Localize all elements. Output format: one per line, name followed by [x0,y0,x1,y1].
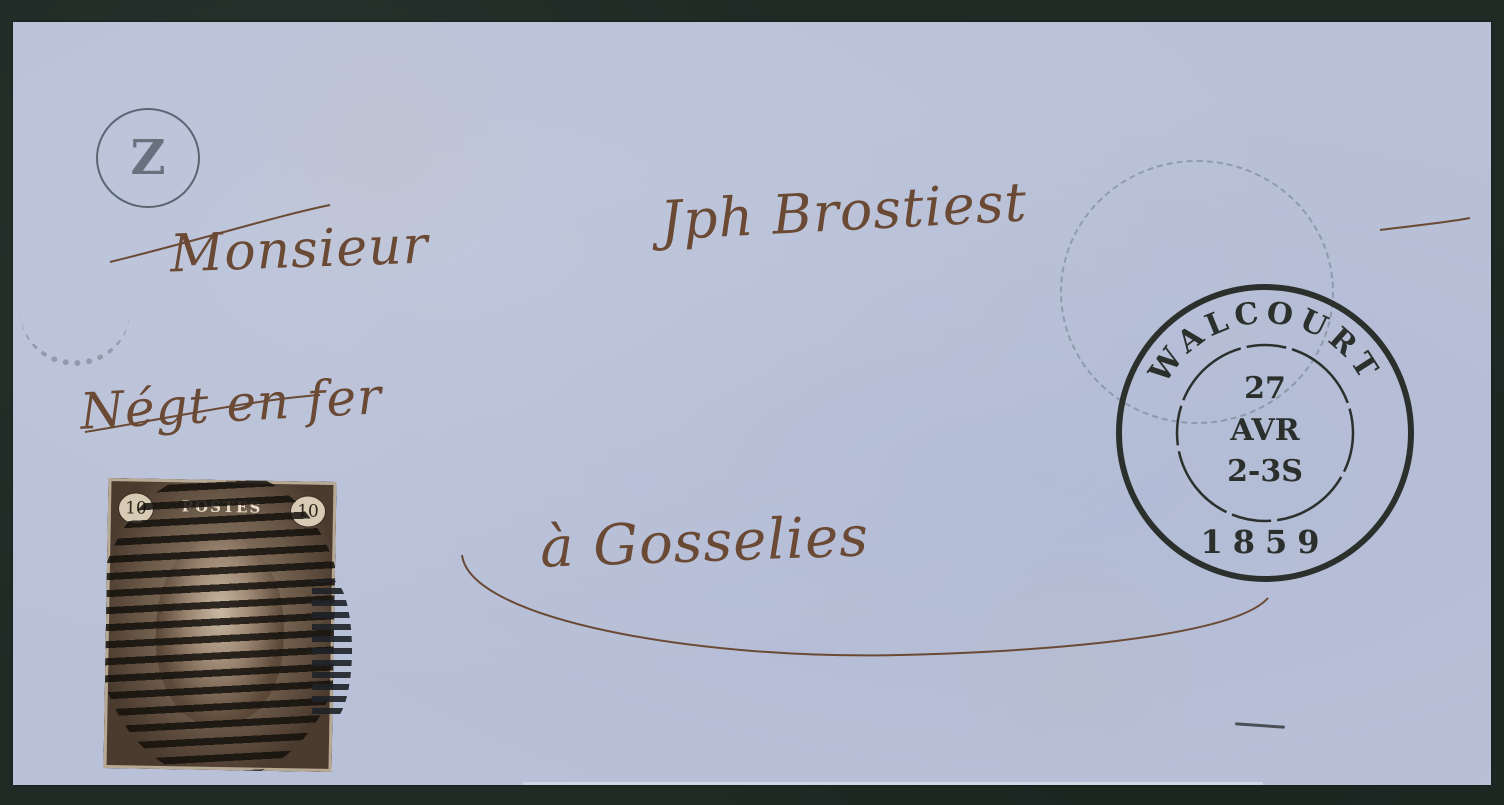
postmark-time: 2-3S [1227,454,1303,489]
postmark-year: 1859 [1200,523,1329,561]
bar-cancellation [103,478,336,772]
bar-cancellation-overflow [312,580,352,720]
date-postmark: WALCOURT 27 AVR 2-3S 1859 [1115,283,1415,583]
postmark-month: AVR [1229,413,1300,448]
postmark-day: 27 [1244,371,1286,406]
address-line-salutation: Monsieur [169,216,429,285]
address-line-town: à Gosselies [539,504,870,580]
postage-stamp: 10 POSTES 10 [103,478,336,772]
